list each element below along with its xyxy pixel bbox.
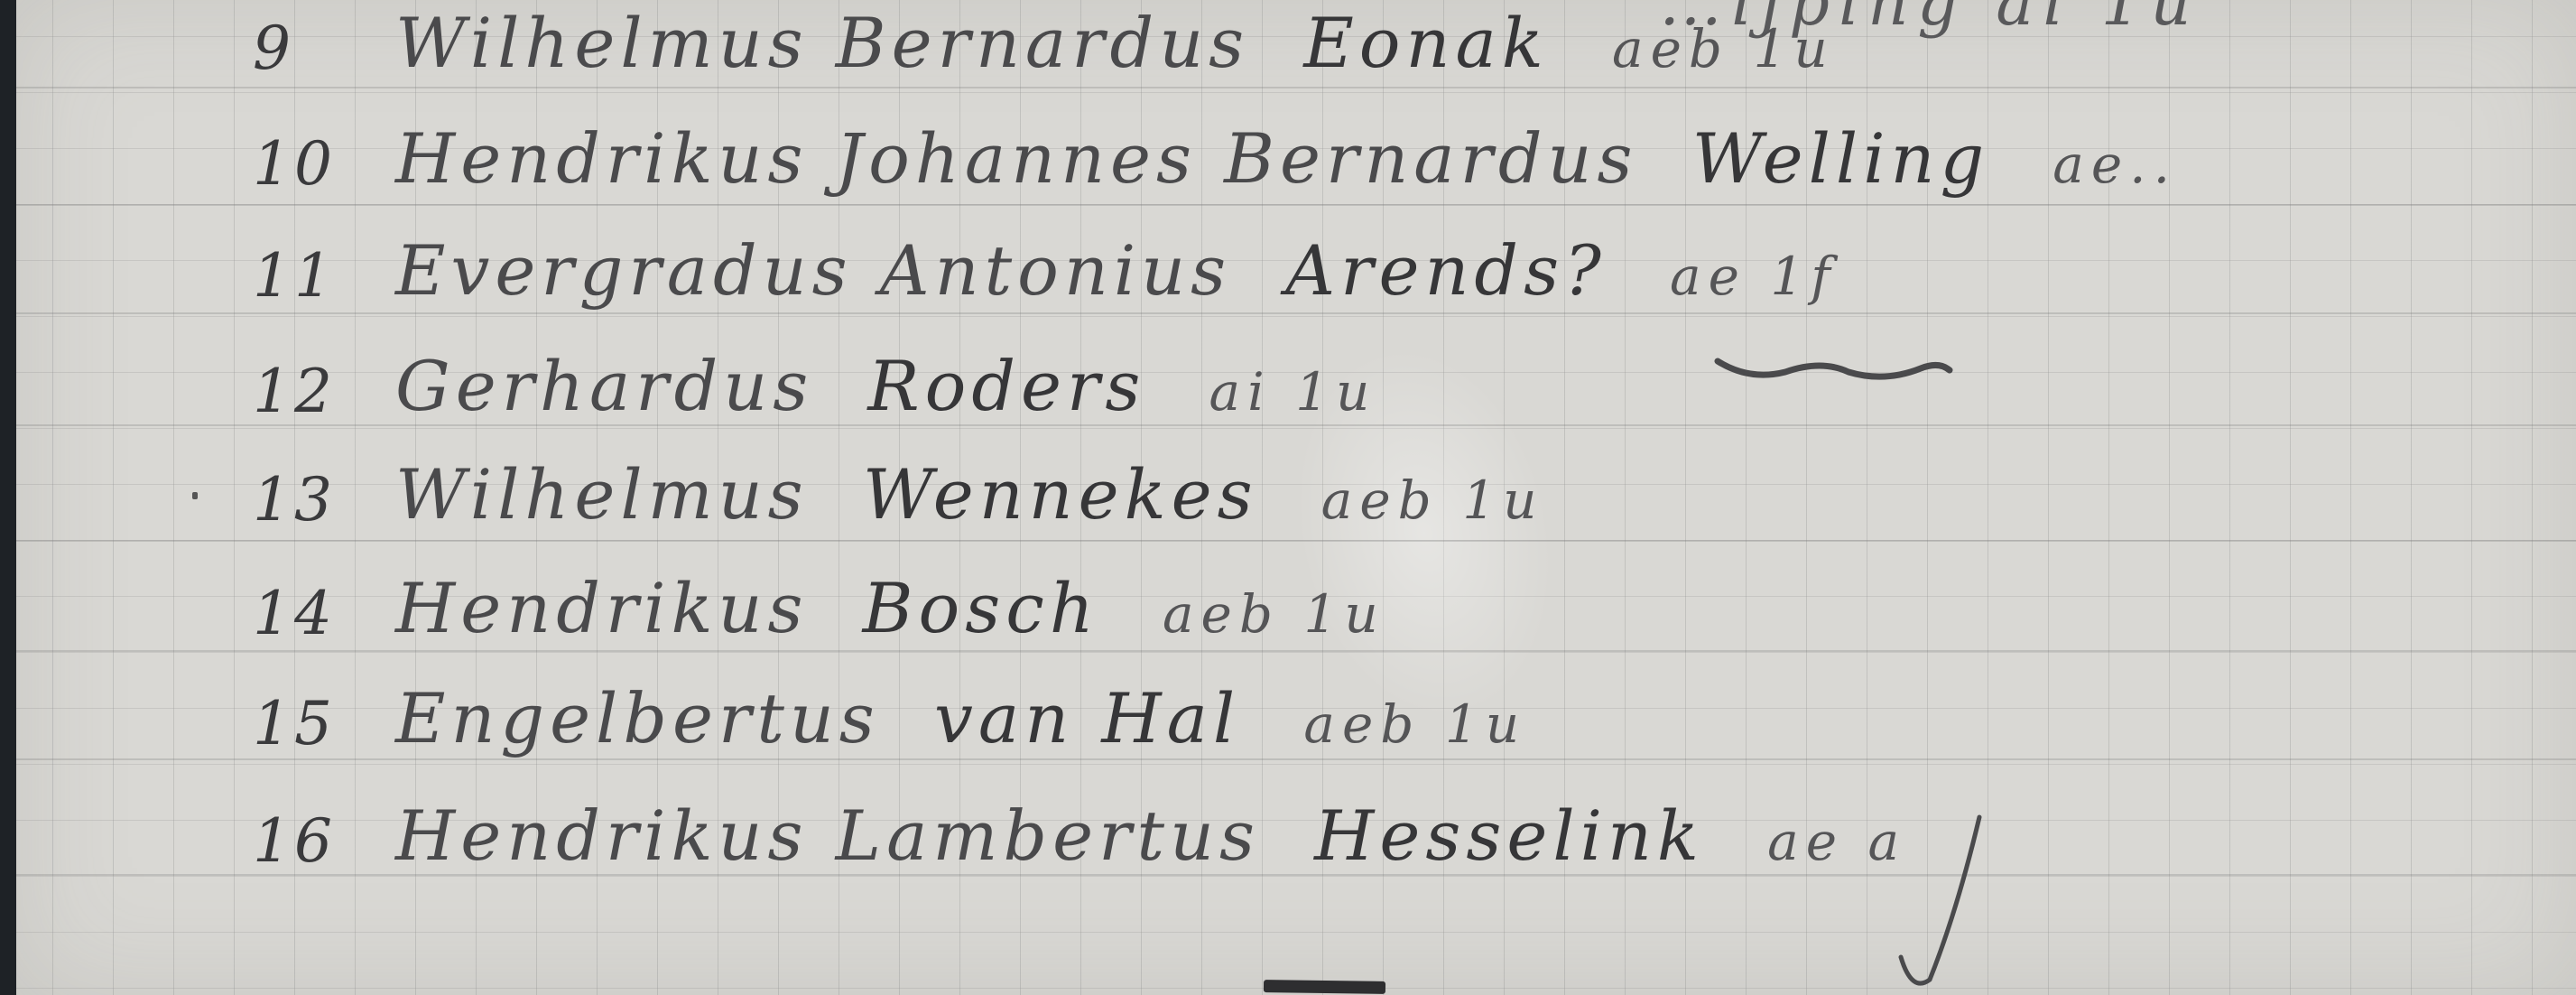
entry-note: aeb 1u [1612,18,1835,79]
entry-number: 11 [253,241,336,311]
entry-name: Wilhelmus Bernardus Eonak aeb 1u [395,3,1835,83]
entry-number: 13 [253,465,336,535]
given-names: Hendrikus [395,568,809,648]
surname: van Hal [934,678,1240,758]
ruled-line [16,87,2576,88]
entry-note: ae 1f [1670,246,1838,307]
given-names: Engelbertus [395,678,880,758]
surname: Bosch [863,568,1099,648]
surname: Roders [867,346,1145,426]
given-names: Hendrikus Johannes Bernardus [395,118,1638,199]
entry-name: Wilhelmus Wennekes aeb 1u [395,454,1544,535]
entry-name: Hendrikus Lambertus Hesselink ae a [395,795,1906,876]
entry-name: Gerhardus Roders ai 1u [395,346,1376,426]
surname: Wennekes [863,454,1258,535]
entry-number: 15 [253,689,336,758]
surname-underline-mark [1713,349,1966,385]
entry-name: Hendrikus Johannes Bernardus Welling ae.… [395,118,2177,199]
letter-descender-stroke [1894,813,2002,993]
ruled-line [16,650,2576,652]
given-names: Wilhelmus Bernardus [395,3,1249,83]
stray-pencil-mark [192,492,198,499]
entry-number: 10 [253,129,336,199]
entry-note: aeb 1u [1321,470,1544,531]
entry-number: 14 [253,579,336,648]
ruled-line [16,540,2576,542]
entry-number: 12 [253,357,336,426]
ruled-line [16,204,2576,206]
given-names: Evergradus Antonius [395,230,1231,311]
ruled-line [16,312,2576,314]
entry-name: Engelbertus van Hal aeb 1u [395,678,1526,758]
surname: Welling [1692,118,1989,199]
document-page: …ijping ai 1u 9 Wilhelmus Bernardus Eona… [16,0,2576,995]
surname: Eonak [1303,3,1549,83]
entry-name: Hendrikus Bosch aeb 1u [395,568,1385,648]
entry-note: ae.. [2052,134,2177,195]
entry-number: 16 [253,806,336,876]
entry-note: ae a [1767,811,1906,872]
end-of-list-dash [1264,980,1385,994]
given-names: Gerhardus [395,346,813,426]
surname: Hesselink [1314,795,1704,876]
surname: Arends? [1285,230,1607,311]
entry-name: Evergradus Antonius Arends? ae 1f [395,230,1838,311]
entry-number: 9 [253,14,294,83]
entry-note: ai 1u [1209,361,1377,423]
entry-note: aeb 1u [1303,693,1526,755]
entry-note: aeb 1u [1163,583,1385,645]
given-names: Hendrikus Lambertus [395,795,1260,876]
given-names: Wilhelmus [395,454,809,535]
ruled-line [16,758,2576,760]
